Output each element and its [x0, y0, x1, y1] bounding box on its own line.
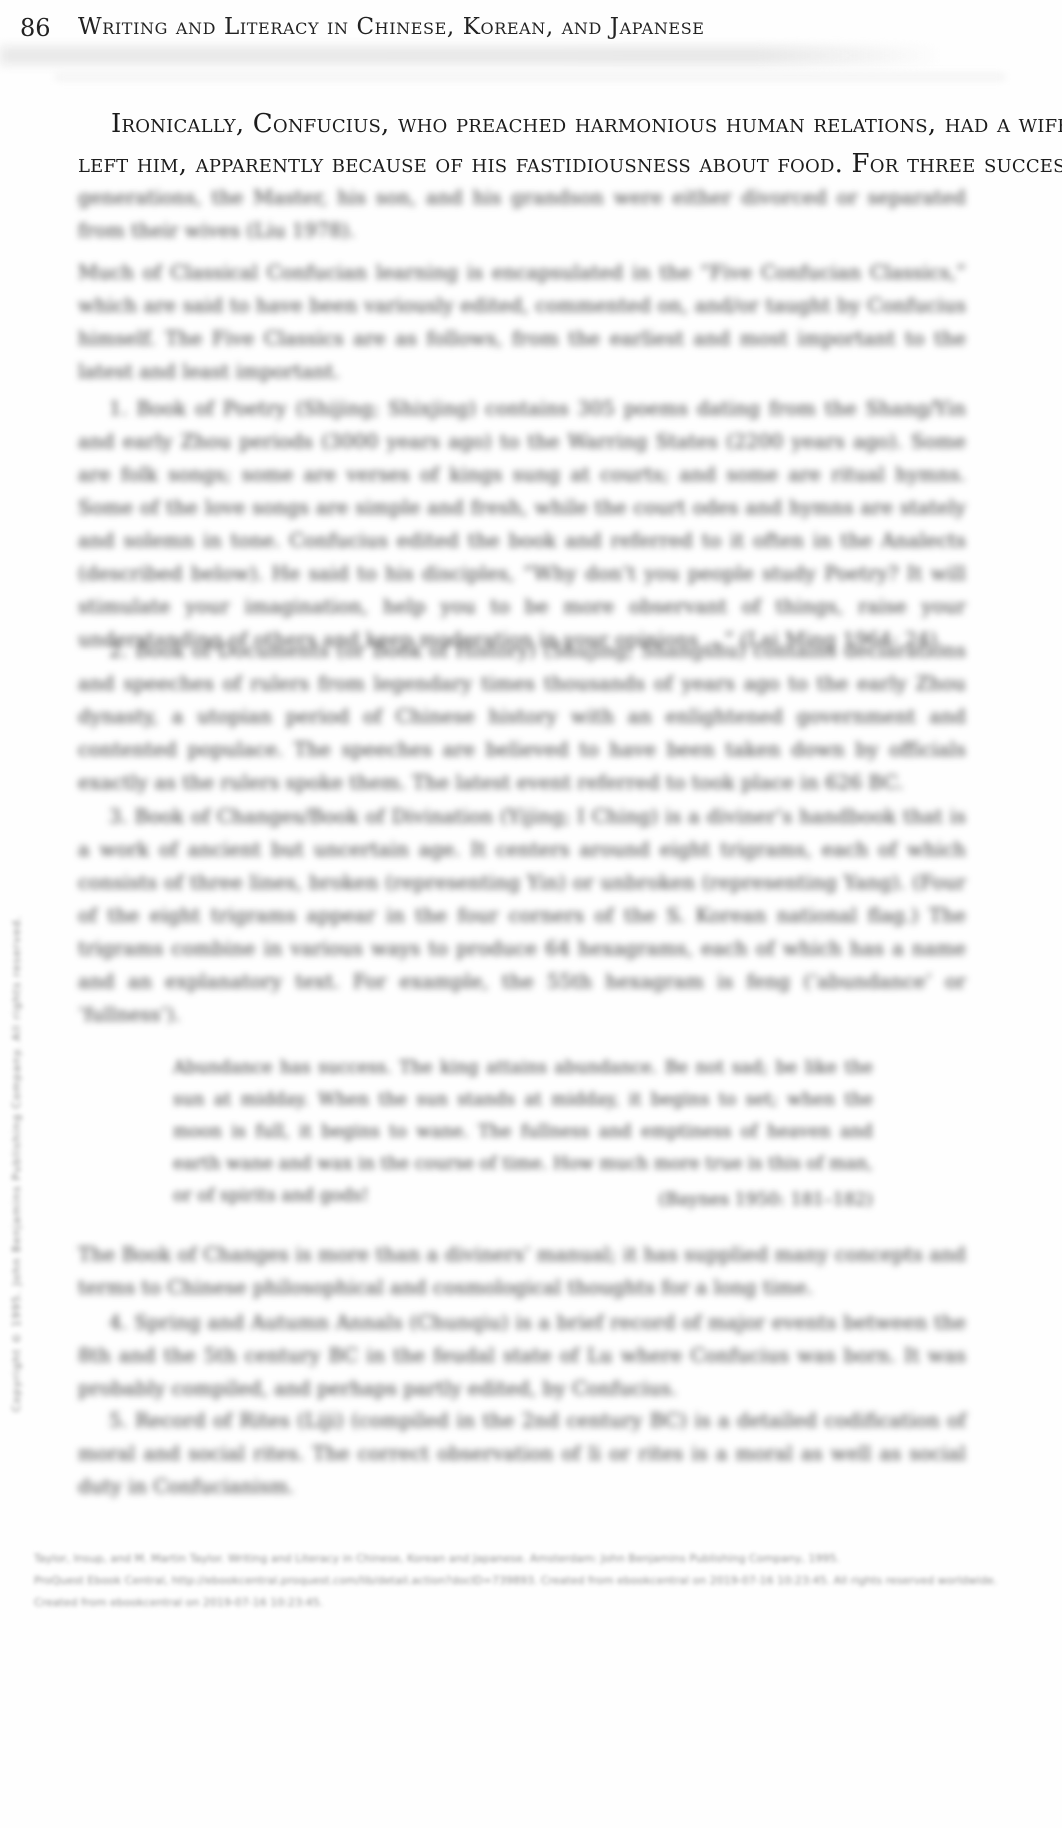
focus-paragraph: Ironically, Confucius, who preached harm…: [78, 104, 1062, 184]
margin-copyright-vertical-text: Copyright © 1995. John Benjamins Publish…: [10, 915, 23, 1412]
page-number: 86: [20, 14, 51, 42]
paragraph-changes-note: The Book of Changes is more than a divin…: [78, 1238, 966, 1304]
header-rule-band-faint: [55, 74, 1005, 80]
header-rule-band: [0, 46, 975, 65]
focus-line-2: left him, apparently because of his fast…: [78, 144, 1062, 184]
focus-line-1: Ironically, Confucius, who preached harm…: [78, 104, 1062, 144]
paragraph-five-classics: Much of Classical Confucian learning is …: [78, 256, 966, 388]
list-item-spring-autumn-annals: 4. Spring and Autumn Annals (Chunqiu) is…: [78, 1306, 966, 1405]
list-item-book-of-documents: 2. Book of Documents (or Book of History…: [78, 634, 966, 799]
list-item-book-of-changes: 3. Book of Changes/Book of Divination (Y…: [78, 800, 966, 1031]
quote-attribution: (Baynes 1950: 181–182): [173, 1184, 873, 1217]
footnote-citation-line-2: ProQuest Ebook Central, http://ebookcent…: [34, 1574, 997, 1587]
list-item-book-of-poetry: 1. Book of Poetry (Shijing; Shixjing) co…: [78, 392, 966, 656]
list-item-record-of-rites: 5. Record of Rites (Liji) (compiled in t…: [78, 1404, 966, 1503]
paragraph-intro-rest: generations, the Master, his son, and hi…: [78, 181, 966, 247]
scanned-book-page: 86 Writing and Literacy in Chinese, Kore…: [0, 0, 1062, 1828]
running-title: Writing and Literacy in Chinese, Korean,…: [78, 14, 705, 40]
footnote-citation-line-3: Created from ebookcentral on 2019-07-16 …: [34, 1596, 323, 1609]
footnote-citation-line-1: Taylor, Insup, and M. Martin Taylor. Wri…: [34, 1552, 840, 1565]
